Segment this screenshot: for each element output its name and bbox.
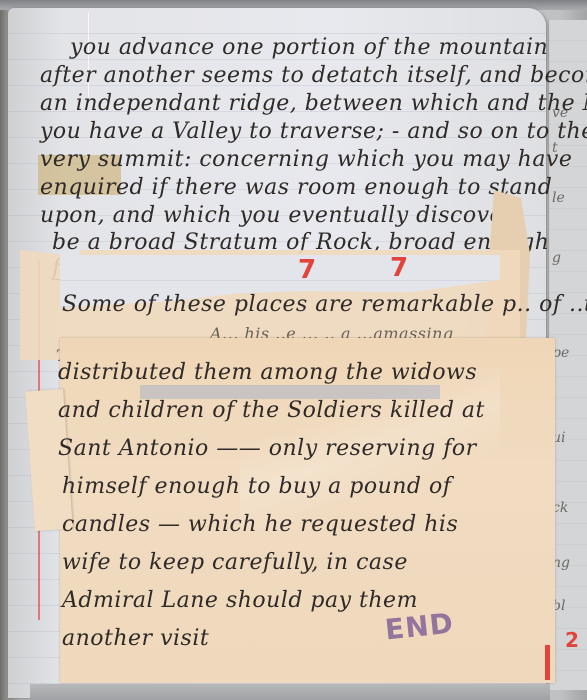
text-line: wife to keep carefully, in case bbox=[62, 550, 408, 575]
text-line: Some of these places are remarkable p.. … bbox=[62, 292, 587, 317]
text-line: another visit bbox=[62, 626, 209, 651]
text-line: you advance one portion of the mountain bbox=[70, 35, 548, 60]
red-pencil-mark: 7 bbox=[298, 255, 316, 285]
text-line: and children of the Soldiers killed at bbox=[58, 398, 485, 423]
text-line: Sant Antonio —— only reserving for bbox=[58, 436, 477, 461]
text-line: enquired if there was room enough to sta… bbox=[40, 175, 552, 200]
text-line: distributed them among the widows bbox=[58, 360, 477, 385]
text-line: very summit: concerning which you may ha… bbox=[40, 147, 572, 172]
red-pencil-mark bbox=[545, 645, 550, 680]
text-line: Admiral Lane should pay them bbox=[62, 588, 418, 613]
patch-seam bbox=[140, 385, 440, 399]
underlying-text: g bbox=[552, 250, 561, 266]
binding-edge-bottom bbox=[30, 684, 550, 700]
text-line: himself enough to buy a pound of bbox=[62, 474, 451, 499]
red-pencil-mark: 7 bbox=[390, 253, 408, 283]
underlying-text: le bbox=[552, 190, 565, 206]
text-line: after another seems to detatch itself, a… bbox=[40, 63, 587, 88]
text-line: you have a Valley to traverse; - and so … bbox=[40, 119, 587, 144]
page-number: 2 bbox=[565, 628, 579, 652]
text-line: candles — which he requested his bbox=[62, 512, 458, 537]
text-line: an independant ridge, between which and … bbox=[40, 91, 587, 116]
text-line: upon, and which you eventually discover bbox=[40, 203, 514, 228]
